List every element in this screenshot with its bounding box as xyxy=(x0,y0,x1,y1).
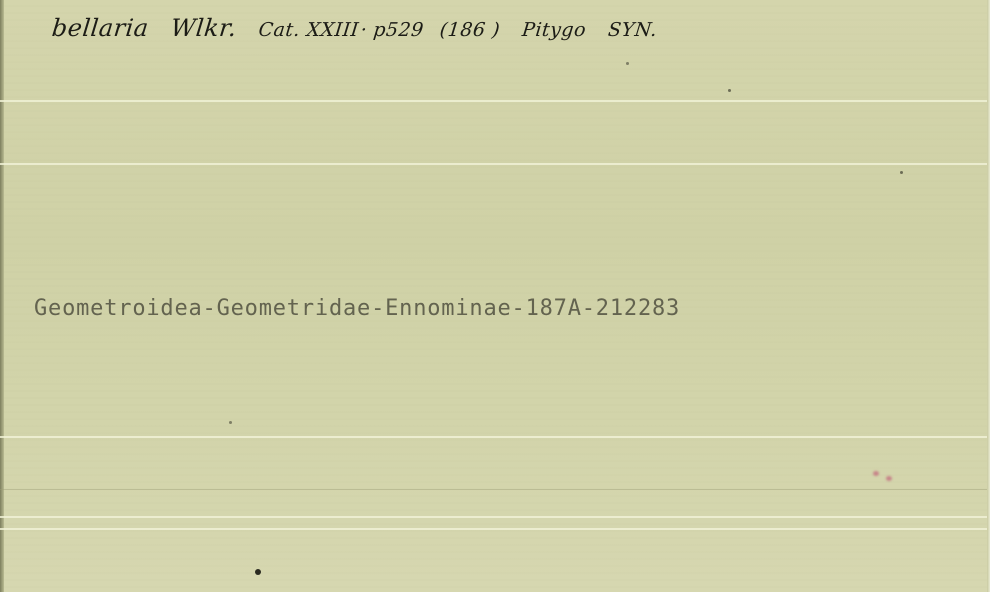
catalogue-reference: Cat. XXIII xyxy=(257,19,359,41)
pink-stain xyxy=(886,476,892,481)
locality: Pitygo xyxy=(521,19,587,41)
ink-speck xyxy=(229,421,232,424)
species-name: bellaria xyxy=(51,14,151,42)
card-rule-line xyxy=(0,528,990,530)
ink-speck xyxy=(255,569,261,575)
ink-speck xyxy=(626,62,629,65)
card-rule-line xyxy=(0,516,990,518)
plate-reference: (186 ) xyxy=(439,19,501,41)
card-rule-line xyxy=(0,489,990,490)
handwritten-entry: bellaria Wlkr. Cat. XXIII·p529 (186 ) Pi… xyxy=(51,14,673,42)
card-rule-line xyxy=(0,436,990,438)
index-card: bellaria Wlkr. Cat. XXIII·p529 (186 ) Pi… xyxy=(0,0,990,592)
page-reference: p529 xyxy=(372,19,425,41)
catalogue-dot: · xyxy=(360,19,369,41)
author-name: Wlkr. xyxy=(169,14,238,42)
taxonomy-code: Geometroidea-Geometridae-Ennominae-187A-… xyxy=(34,296,680,321)
synonym-status: SYN. xyxy=(607,19,658,41)
pink-stain xyxy=(873,471,879,476)
ink-speck xyxy=(900,171,903,174)
ink-speck xyxy=(728,89,731,92)
card-rule-line xyxy=(0,163,990,165)
card-rule-line xyxy=(0,100,990,102)
